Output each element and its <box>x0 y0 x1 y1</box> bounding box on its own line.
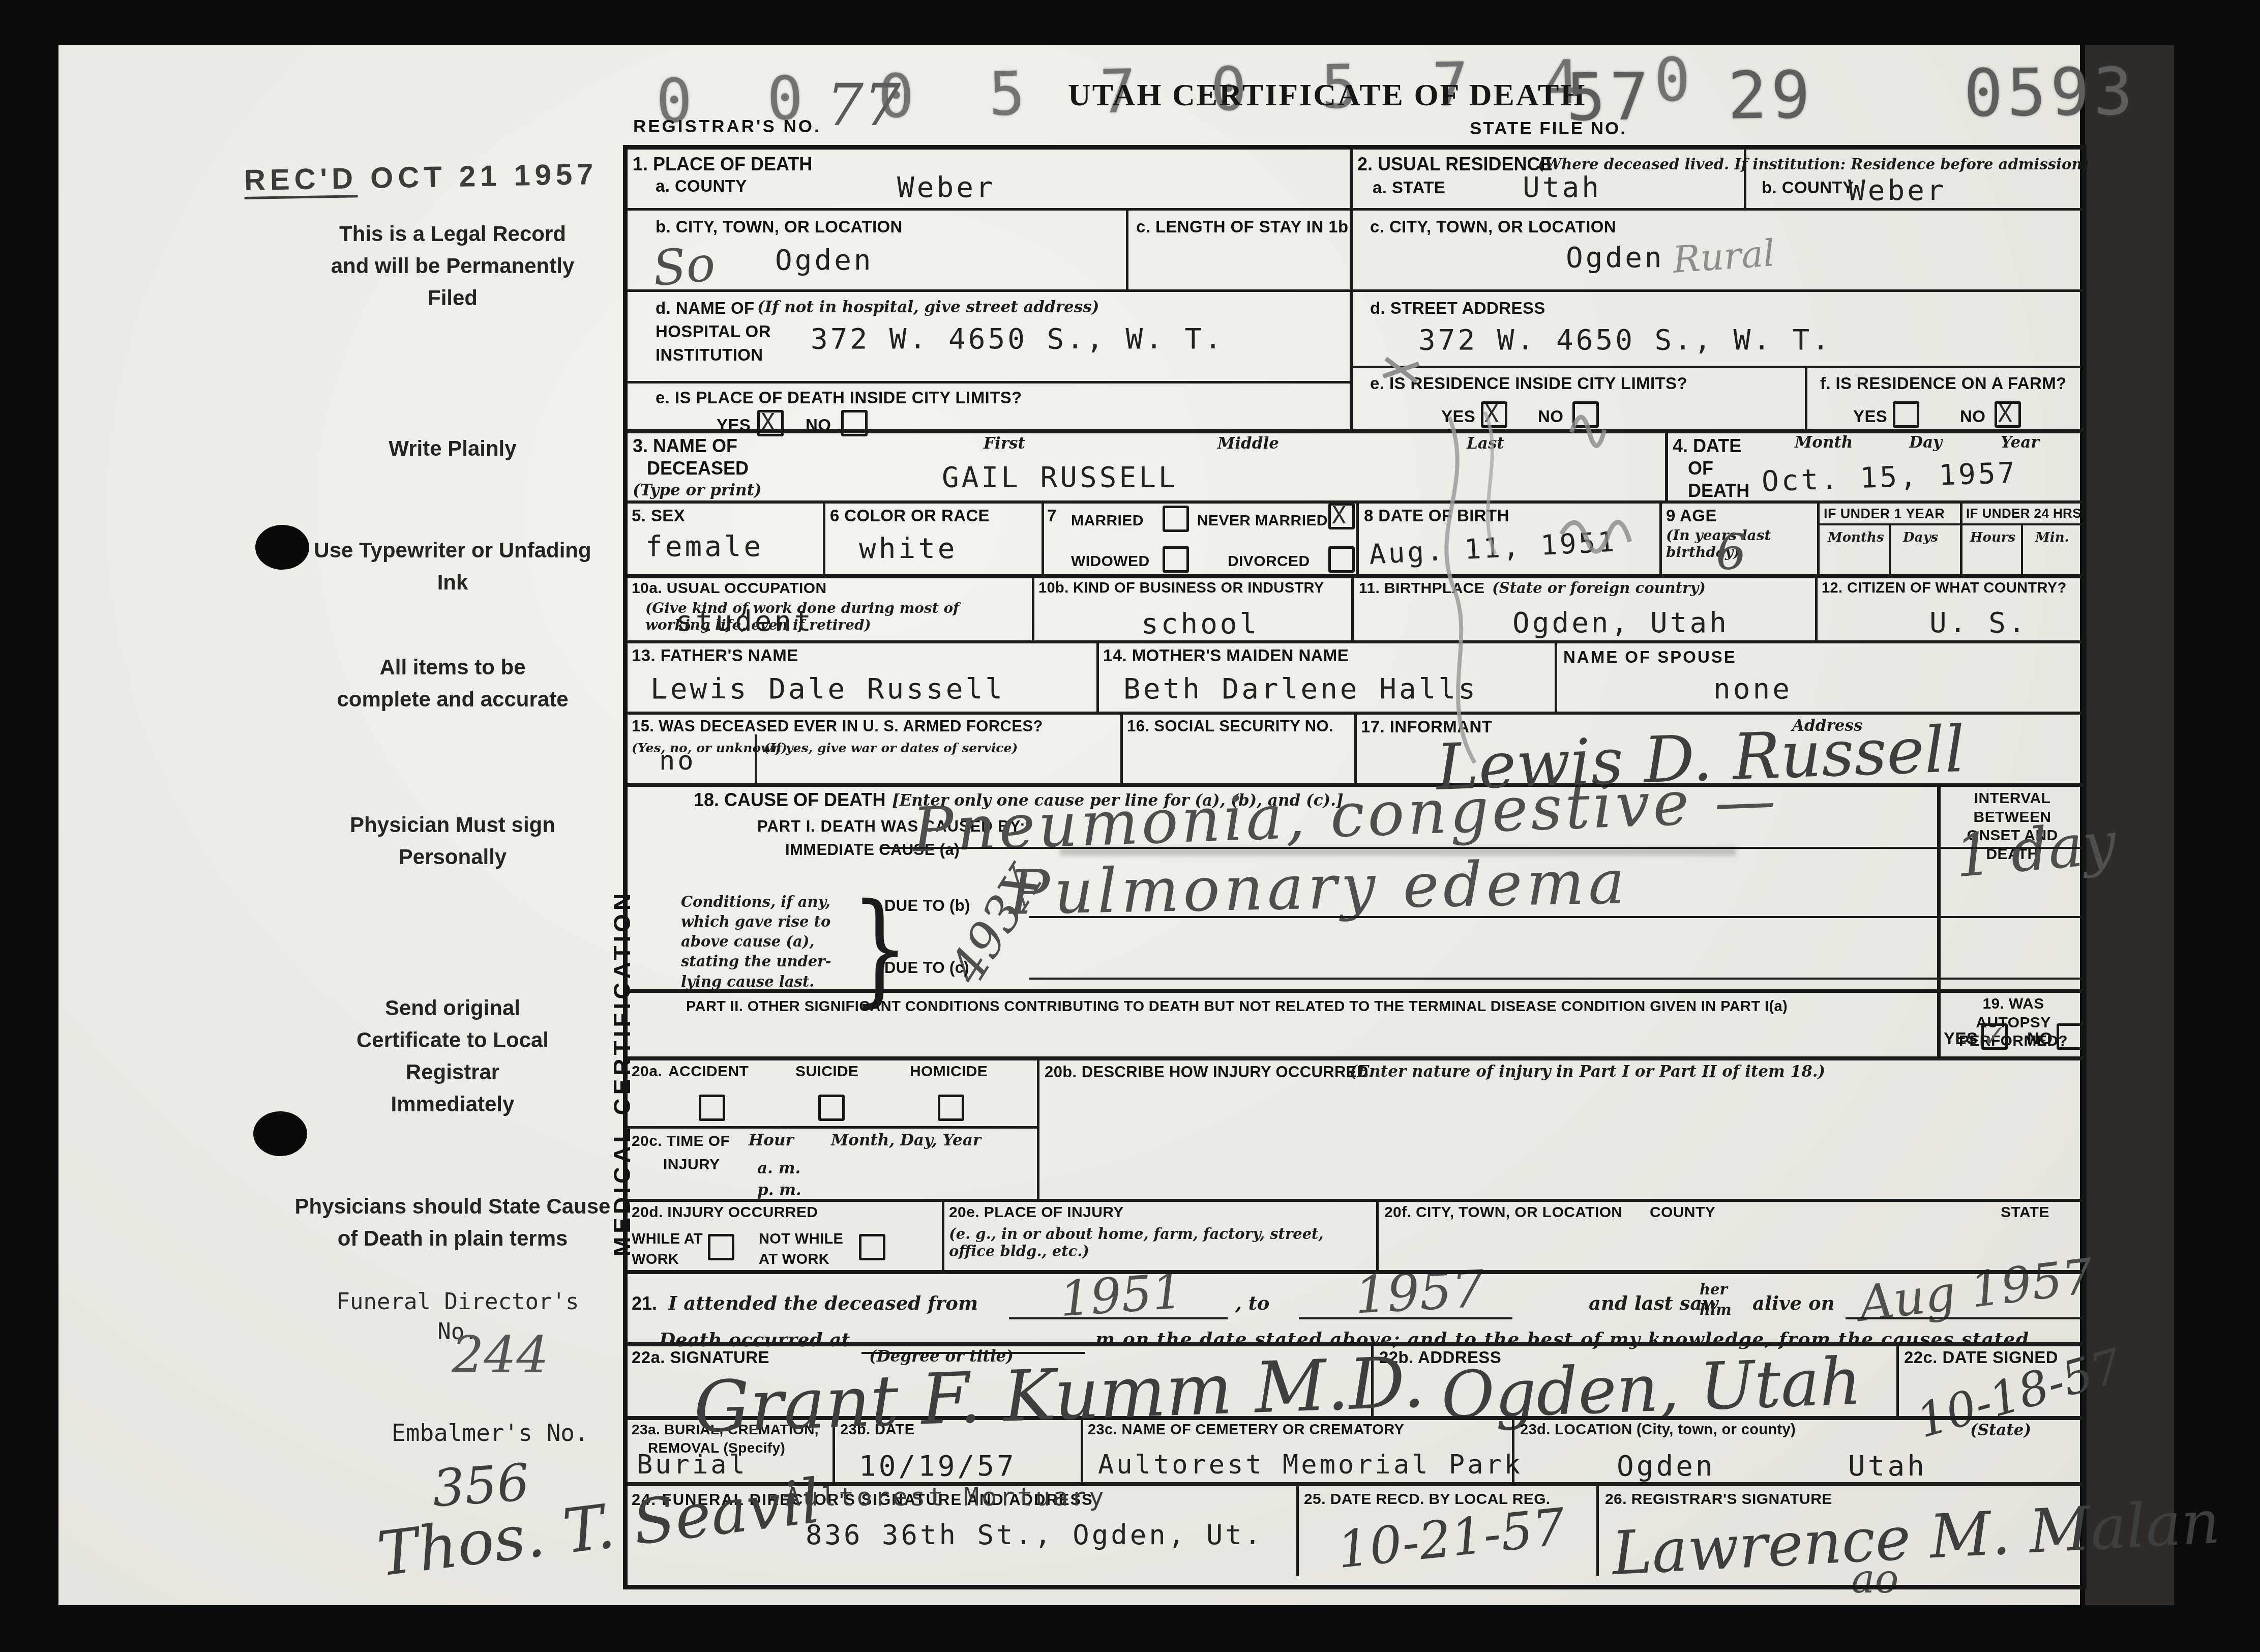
s2b-label: b. COUNTY <box>1762 178 1854 198</box>
grid-line <box>1596 1482 1599 1576</box>
s4-col-year: Year <box>2001 433 2039 452</box>
s15-hint2: (If yes, give war or dates of service) <box>764 741 1018 755</box>
s20a-homicide-checkbox <box>938 1095 964 1121</box>
grid-line <box>1512 1416 1514 1482</box>
s20f-county-label: COUNTY <box>1650 1203 1715 1222</box>
s2f-yes-checkbox <box>1893 401 1919 428</box>
margin-note-complete: All items to be complete and accurate <box>336 651 570 715</box>
s1c-label: c. LENGTH OF STAY IN 1b <box>1136 217 1349 237</box>
registrar-no-value: 77 <box>826 71 901 139</box>
s7-widowed-checkbox <box>1163 546 1189 573</box>
s23d-state-value: Utah <box>1848 1450 1927 1483</box>
grid-line <box>882 847 2082 849</box>
s19-no-checkbox <box>2057 1023 2083 1050</box>
s23d-city-value: Ogden <box>1617 1450 1715 1483</box>
s7-married-checkbox <box>1163 506 1189 532</box>
punch-hole <box>255 525 309 570</box>
s9-under1-label: IF UNDER 1 YEAR <box>1824 506 1945 522</box>
s20c-am-label: a. m. <box>757 1159 800 1177</box>
margin-note-send-original: Send original Certificate to Local Regis… <box>346 992 559 1120</box>
s20d-notwhile-checkbox <box>859 1234 885 1260</box>
state-file-no-label: STATE FILE NO. <box>1470 118 1627 140</box>
s19-no-label: NO <box>2027 1028 2053 1049</box>
grid-line <box>628 1199 2082 1202</box>
grid-line <box>1805 366 1807 429</box>
s3-value: GAIL RUSSELL <box>942 461 1178 494</box>
grid-line <box>1937 783 1941 1056</box>
grid-line <box>1896 1342 1899 1416</box>
margin-note-plain-terms: Physicians should State Cause of Death i… <box>285 1190 620 1254</box>
s2c-hand: Rural <box>1671 231 1776 281</box>
s21-to-value: 1957 <box>1353 1259 1485 1325</box>
s20d-notwhile2: AT WORK <box>759 1251 829 1268</box>
s1d-label2: HOSPITAL OR <box>656 321 771 342</box>
margin-note-write-plainly: Write Plainly <box>325 432 580 464</box>
s21-num: 21. <box>632 1293 657 1314</box>
grid-line <box>1042 500 1044 574</box>
grid-line <box>628 381 1350 383</box>
s9-under24-label: IF UNDER 24 HRS. <box>1966 506 2086 522</box>
s10a-label: 10a. USUAL OCCUPATION <box>632 579 826 598</box>
s1b-label: b. CITY, TOWN, OR LOCATION <box>656 217 903 237</box>
s21-on-value: Aug 1957 <box>1856 1248 2096 1333</box>
s1a-label: a. COUNTY <box>656 176 747 196</box>
grid-line <box>628 1126 1037 1129</box>
s1d-label1: d. NAME OF <box>656 298 755 318</box>
s1e-label: e. IS PLACE OF DEATH INSIDE CITY LIMITS? <box>656 388 1022 408</box>
s7-num: 7 <box>1047 506 1057 526</box>
s1d-value: 372 W. 4650 S., W. T. <box>811 322 1224 356</box>
s2a-value: Utah <box>1523 171 1601 204</box>
s24-typed-address: 836 36th St., Ogden, Ut. <box>806 1519 1263 1551</box>
grid-line <box>2021 523 2023 574</box>
s7-married-label: MARRIED <box>1071 512 1144 530</box>
s25-value: 10-21-57 <box>1334 1497 1568 1580</box>
grid-line <box>755 734 757 783</box>
margin-note-physician-sign: Physician Must sign Personally <box>346 809 559 873</box>
s20d-while1: WHILE AT <box>632 1230 703 1248</box>
s18-interval-value: 1 day <box>1952 809 2119 891</box>
s20b-label: 20b. DESCRIBE HOW INJURY OCCURRED. <box>1045 1063 1373 1082</box>
grid-line <box>628 1482 2082 1486</box>
s7-widowed-label: WIDOWED <box>1071 552 1149 571</box>
grid-line <box>628 208 2082 211</box>
s3-label1: 3. NAME OF <box>633 435 737 457</box>
grid-line <box>1299 1317 1512 1319</box>
s5-label: 5. SEX <box>632 506 685 526</box>
registrar-no-label: REGISTRAR'S NO. <box>633 116 821 138</box>
s20a-homicide-label: HOMICIDE <box>910 1063 988 1081</box>
s20d-while2: WORK <box>632 1251 679 1268</box>
embalmer-no-label: Embalmer's No. <box>392 1419 589 1447</box>
s15-label: 15. WAS DECEASED EVER IN U. S. ARMED FOR… <box>632 717 1043 736</box>
s1-title: 1. PLACE OF DEATH <box>633 154 812 175</box>
s20a-suicide-label: SUICIDE <box>795 1063 859 1081</box>
grid-line <box>1817 500 1820 574</box>
s2f-no-label: NO <box>1960 406 1985 427</box>
s20d-label: 20d. INJURY OCCURRED <box>632 1203 818 1222</box>
s20d-notwhile1: NOT WHILE <box>759 1230 843 1248</box>
s21-pre: I attended the deceased from <box>668 1292 978 1314</box>
s20f-state-label: STATE <box>2001 1203 2049 1222</box>
pencil-scribbles <box>1322 315 1780 824</box>
page-title: UTAH CERTIFICATE OF DEATH <box>1068 77 1587 113</box>
s20f-label: 20f. CITY, TOWN, OR LOCATION <box>1384 1203 1622 1222</box>
s15-value: no <box>659 746 696 776</box>
grid-line <box>1296 1482 1299 1576</box>
s20e-label: 20e. PLACE OF INJURY <box>949 1203 1124 1222</box>
s18-due-b-label: DUE TO (b) <box>884 896 970 916</box>
s2c-value: Ogden <box>1566 241 1664 274</box>
s20b-hint: (Enter nature of injury in Part I or Par… <box>1350 1063 1825 1081</box>
grid-line <box>1029 978 2082 980</box>
grid-line <box>1029 916 2082 918</box>
grid-line <box>1009 1317 1228 1319</box>
s10b-label: 10b. KIND OF BUSINESS OR INDUSTRY <box>1038 579 1324 597</box>
grid-line <box>1960 500 1962 574</box>
s2b-value: Weber <box>1848 174 1947 207</box>
s4-value: Oct. 15, 1957 <box>1761 456 2018 498</box>
received-stamp-date: OCT 21 1957 <box>370 158 598 195</box>
s6-value: white <box>859 532 958 565</box>
s21-alive: alive on <box>1752 1292 1835 1314</box>
grid-line <box>1376 1199 1379 1270</box>
s4-col-month: Month <box>1795 433 1853 452</box>
s23c-value: Aultorest Memorial Park <box>1098 1450 1523 1480</box>
punch-hole <box>253 1111 307 1156</box>
s13-label: 13. FATHER'S NAME <box>632 645 798 666</box>
s20a-num: 20a. <box>632 1063 662 1081</box>
s20c-label1: 20c. TIME OF <box>632 1132 730 1151</box>
grid-line <box>1126 208 1128 289</box>
s2-hint: (Where deceased lived. If institution: R… <box>1538 156 2089 173</box>
grid-line <box>1815 574 1818 640</box>
s12-value: U. S. <box>1929 606 2028 639</box>
s26-label: 26. REGISTRAR'S SIGNATURE <box>1605 1490 1832 1509</box>
received-date-stamp: REC'D OCT 21 1957 <box>244 157 598 197</box>
grid-line <box>1744 150 1746 208</box>
s1d-hint: (If not in hospital, give street address… <box>757 298 1099 316</box>
s5-value: female <box>645 530 763 563</box>
s18-part2: PART II. OTHER SIGNIFICANT CONDITIONS CO… <box>686 998 1788 1016</box>
s1a-value: Weber <box>897 171 996 204</box>
grid-line <box>1037 1056 1039 1199</box>
grid-line <box>861 1352 1085 1354</box>
s6-label: 6 COLOR OR RACE <box>830 506 990 526</box>
s9-hours-label: Hours <box>1970 530 2015 545</box>
grid-line <box>1846 1317 2082 1319</box>
s23d-label: 23d. LOCATION (City, town, or county) <box>1520 1421 1796 1439</box>
grid-line <box>628 989 2082 993</box>
s4-col-day: Day <box>1909 433 1942 452</box>
grid-line <box>823 500 825 574</box>
s18-conditions-note: Conditions, if any, which gave rise to a… <box>681 892 844 992</box>
s1d-label3: INSTITUTION <box>656 345 763 365</box>
s16-label: 16. SOCIAL SECURITY NO. <box>1127 717 1333 736</box>
s21-line2-post: m on the date stated above; and to the b… <box>1095 1329 2037 1350</box>
s20e-hint: (e. g., in or about home, farm, factory,… <box>949 1225 1366 1260</box>
received-stamp-word: REC'D <box>244 162 358 199</box>
file-stamp-part: 0593 <box>1964 54 2137 132</box>
s10b-value: school <box>1141 607 1259 640</box>
grid-line <box>628 1056 2082 1060</box>
s9-months-label: Months <box>1828 530 1884 545</box>
s20d-while-checkbox <box>708 1234 734 1260</box>
grid-line <box>628 289 2082 292</box>
s2f-yes-label: YES <box>1853 406 1887 427</box>
s23a-value: Burial <box>637 1450 748 1480</box>
medical-certification-side-label: MEDICAL CERTIFICATION <box>608 890 636 1256</box>
s24-typed-name: Aultorest Mortuary <box>785 1482 1107 1512</box>
grid-line <box>942 1199 944 1270</box>
s3-label2: DECEASED <box>647 458 749 479</box>
s20a-accident-label: ACCIDENT <box>668 1063 749 1081</box>
state-file-number-stamp: 57 29 0593 <box>1566 54 2137 136</box>
s2f-label: f. IS RESIDENCE ON A FARM? <box>1820 373 2067 394</box>
margin-note-typewriter: Use Typewriter or Unfading Ink <box>305 534 600 598</box>
s21-her: her <box>1700 1281 1728 1298</box>
s20c-mdy-label: Month, Day, Year <box>831 1131 981 1149</box>
grid-line <box>1032 574 1034 640</box>
s1b-value: Ogden <box>775 244 874 277</box>
s19-yes-label: YES <box>1944 1028 1978 1049</box>
s2f-no-checkbox: X <box>1995 401 2021 428</box>
s7-divorced-label: DIVORCED <box>1228 552 1310 571</box>
s23b-value: 10/19/57 <box>859 1450 1017 1483</box>
grid-line <box>628 1270 2082 1274</box>
s22b-value: Ogden, Utah <box>1440 1344 1863 1434</box>
s19-yes-checkbox: ✓ <box>1981 1023 2008 1050</box>
s20c-hour-label: Hour <box>749 1131 794 1149</box>
grid-line <box>1818 523 2082 525</box>
s3-col-first: First <box>984 434 1025 453</box>
s9-days-label: Days <box>1903 530 1938 545</box>
s9-min-label: Min. <box>2035 530 2069 545</box>
grid-line <box>1120 712 1123 783</box>
s18-due-c-label: DUE TO (c) <box>884 958 969 978</box>
s2c-label: c. CITY, TOWN, OR LOCATION <box>1370 217 1616 237</box>
s21-him: him <box>1700 1301 1732 1318</box>
s3-col-middle: Middle <box>1217 434 1279 453</box>
s10a-value: student <box>676 605 814 638</box>
funeral-director-no-value: 244 <box>452 1325 549 1384</box>
s20c-label2: INJURY <box>663 1156 720 1174</box>
s7-never-label: NEVER MARRIED <box>1197 512 1328 530</box>
s23d-state-label: (State) <box>1970 1421 2031 1439</box>
s21-mid: and last saw <box>1589 1292 1718 1314</box>
file-stamp-part: 29 <box>1727 57 1815 134</box>
s21-to-label: , to <box>1235 1292 1270 1314</box>
s2a-label: a. STATE <box>1373 178 1445 198</box>
s1b-hand: So <box>650 236 717 297</box>
s20a-suicide-checkbox <box>818 1095 845 1121</box>
grid-line <box>1096 640 1099 712</box>
s12-label: 12. CITIZEN OF WHAT COUNTRY? <box>1822 579 2067 597</box>
checkbox-mark: X <box>1998 400 2012 427</box>
s20a-accident-checkbox <box>699 1095 725 1121</box>
s20c-pm-label: p. m. <box>757 1181 801 1199</box>
s13-value: Lewis Dale Russell <box>650 672 1005 705</box>
s3-sub: (Type or print) <box>633 481 762 499</box>
grid-line <box>1889 523 1891 574</box>
margin-note-legal-record: This is a Legal Record and will be Perma… <box>325 218 580 314</box>
s18-label: 18. CAUSE OF DEATH <box>694 789 885 811</box>
s14-label: 14. MOTHER'S MAIDEN NAME <box>1103 645 1349 666</box>
